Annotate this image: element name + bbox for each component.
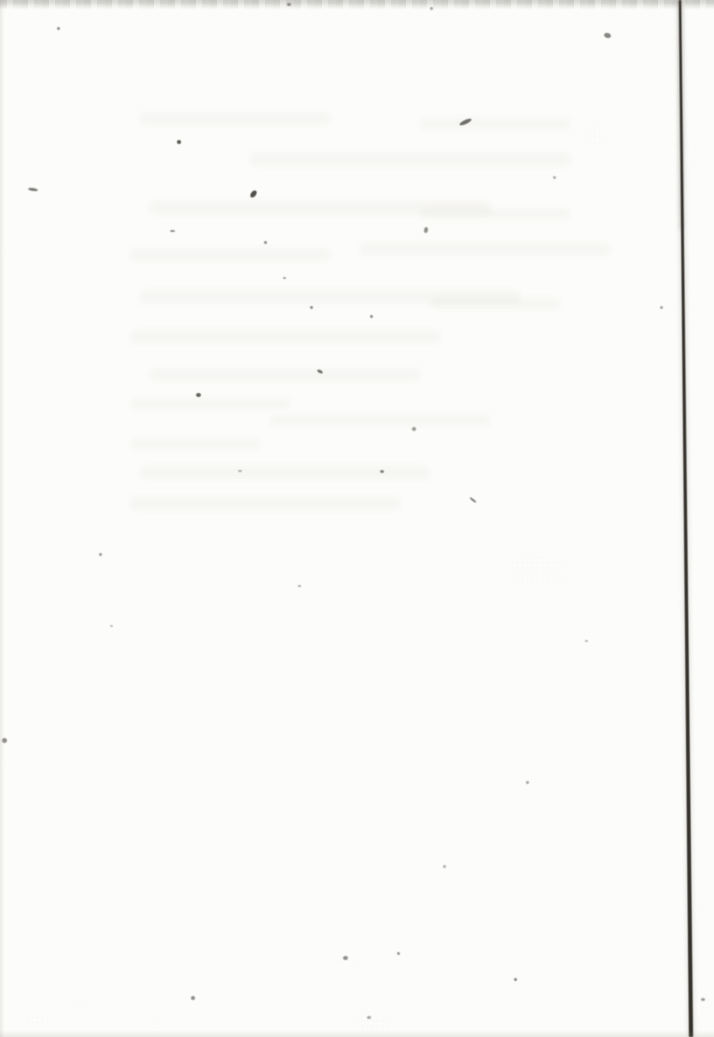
page-edge-line xyxy=(0,0,714,1037)
scanned-blank-page xyxy=(0,0,714,1037)
edge-line-core xyxy=(679,0,693,1037)
